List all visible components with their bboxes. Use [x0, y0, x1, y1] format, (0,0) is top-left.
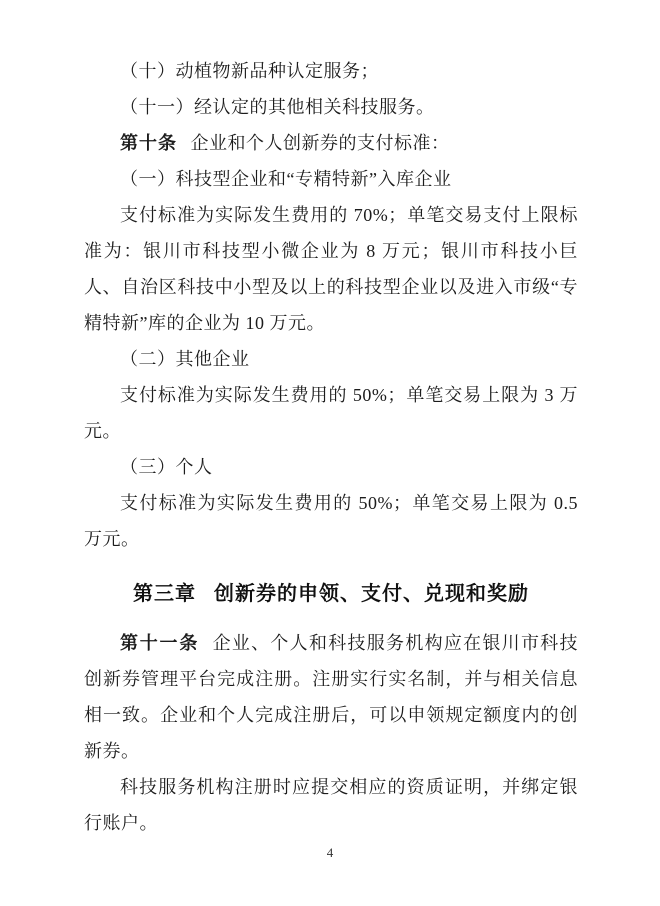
article-10-paragraph: 第十条企业和个人创新券的支付标准： — [84, 125, 578, 161]
clause-item-11: （十一）经认定的其他相关科技服务。 — [84, 89, 578, 125]
article-10-number: 第十条 — [120, 133, 177, 153]
subitem-1-heading: （一）科技型企业和“专精特新”入库企业 — [84, 161, 578, 197]
subitem-2-detail: 支付标准为实际发生费用的 50%；单笔交易上限为 3 万元。 — [84, 377, 578, 449]
subitem-3-heading: （三）个人 — [84, 449, 578, 485]
chapter-3-number: 第三章 — [133, 583, 196, 605]
subitem-1-detail: 支付标准为实际发生费用的 70%；单笔交易支付上限标准为：银川市科技型小微企业为… — [84, 197, 578, 341]
subitem-3-detail: 支付标准为实际发生费用的 50%；单笔交易上限为 0.5 万元。 — [84, 485, 578, 557]
clause-item-10: （十）动植物新品种认定服务； — [84, 53, 578, 89]
article-11-paragraph-2: 科技服务机构注册时应提交相应的资质证明，并绑定银行账户。 — [84, 769, 578, 841]
subitem-2-heading: （二）其他企业 — [84, 341, 578, 377]
article-10-text: 企业和个人创新券的支付标准： — [191, 133, 450, 153]
document-page: （十）动植物新品种认定服务； （十一）经认定的其他相关科技服务。 第十条企业和个… — [0, 0, 660, 906]
chapter-3-title: 创新券的申领、支付、兑现和奖励 — [214, 583, 529, 605]
page-number: 4 — [0, 845, 660, 861]
document-body: （十）动植物新品种认定服务； （十一）经认定的其他相关科技服务。 第十条企业和个… — [84, 53, 578, 841]
article-11-number: 第十一条 — [120, 633, 199, 653]
article-11-paragraph: 第十一条企业、个人和科技服务机构应在银川市科技创新券管理平台完成注册。注册实行实… — [84, 625, 578, 769]
chapter-3-heading: 第三章创新券的申领、支付、兑现和奖励 — [84, 574, 578, 614]
